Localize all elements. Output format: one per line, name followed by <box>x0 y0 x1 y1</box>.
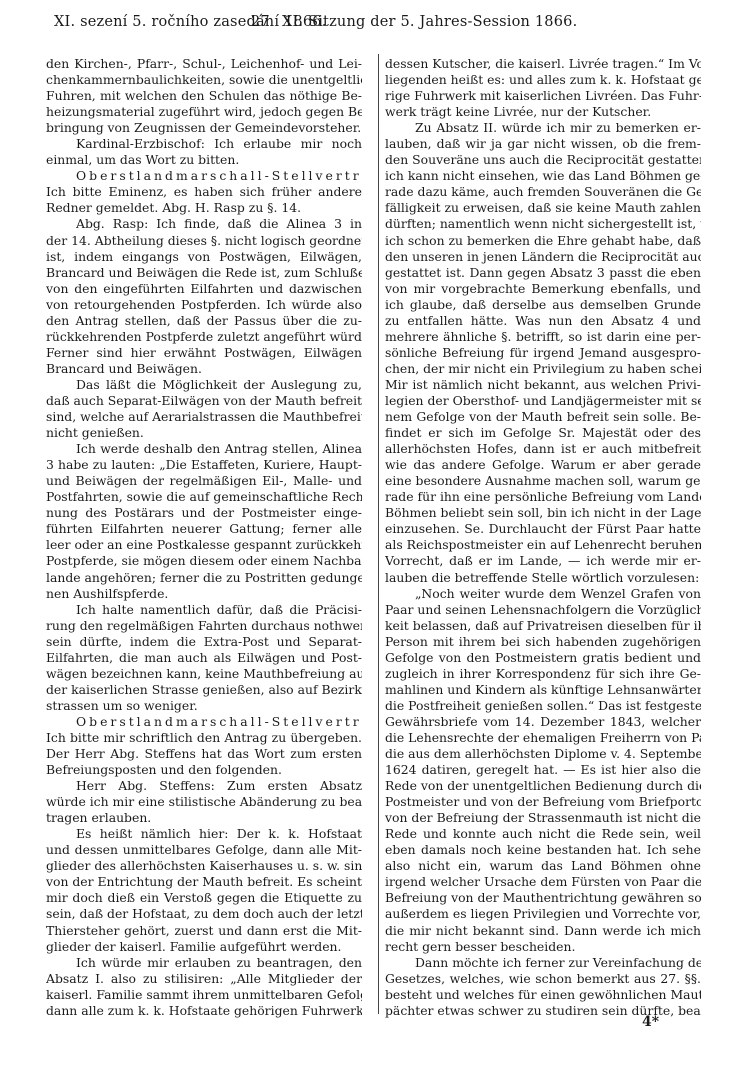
text-line: die Lehensrechte der ehemaligen Freiherr… <box>385 730 701 746</box>
text-line: Absatz I. also zu stilisiren: „Alle Mitg… <box>46 971 362 987</box>
text-line: Rede von der unentgeltlichen Bedienung d… <box>385 778 701 794</box>
text-line: führten Eilfahrten neuerer Gattung; fern… <box>46 521 362 537</box>
text-line: Oberstlandmarschall-Stellvertreter: <box>46 168 362 184</box>
text-line: kaiserl. Familie sammt ihrem unmittelbar… <box>46 987 362 1003</box>
text-line: chenkammernbaulichkeiten, sowie die unen… <box>46 72 362 88</box>
text-line: Gewährsbriefe vom 14. Dezember 1843, wel… <box>385 714 701 730</box>
text-line: eine besondere Ausnahme machen soll, war… <box>385 473 701 489</box>
text-line: der kaiserlichen Strasse genießen, also … <box>46 682 362 698</box>
text-line: den Kirchen-, Pfarr-, Schul-, Leichenhof… <box>46 56 362 72</box>
text-line: zugleich in ihrer Korrespondenz für sich… <box>385 666 701 682</box>
text-line: Oberstlandmarschall-Stellvertreter: <box>46 714 362 730</box>
text-line: allerhöchsten Hofes, dann ist er auch mi… <box>385 441 701 457</box>
text-line: Gesetzes, welches, wie schon bemerkt aus… <box>385 971 701 987</box>
text-line: chen, der mir nicht ein Privilegium zu h… <box>385 361 701 377</box>
text-line: Postpferde, sie mögen diesem oder einem … <box>46 553 362 569</box>
text-line: Es heißt nämlich hier: Der k. k. Hofstaa… <box>46 826 362 842</box>
text-line: wägen bezeichnen kann, keine Mauthbefrei… <box>46 666 362 682</box>
text-line: Zu Absatz II. würde ich mir zu bemerken … <box>385 120 701 136</box>
text-line: dann alle zum k. k. Hofstaate gehörigen … <box>46 1003 362 1019</box>
text-line: einmal, um das Wort zu bitten. <box>46 152 362 168</box>
text-line: rige Fuhrwerk mit kaiserlichen Livréen. … <box>385 88 701 104</box>
right-text-column: dessen Kutscher, die kaiserl. Livrée tra… <box>385 56 701 1019</box>
text-line: legien der Obersthof- und Landjägermeist… <box>385 393 701 409</box>
text-line: ich schon zu bemerken die Ehre gehabt ha… <box>385 233 701 249</box>
text-line: sein dürfte, indem die Extra-Post und Se… <box>46 634 362 650</box>
text-line: gestattet ist. Dann gegen Absatz 3 passt… <box>385 265 701 281</box>
column-divider <box>378 54 379 1014</box>
text-line: sönliche Befreiung für irgend Jemand aus… <box>385 345 701 361</box>
text-line: Ich werde deshalb den Antrag stellen, Al… <box>46 441 362 457</box>
text-line: Paar und seinen Lehensnachfolgern die Vo… <box>385 602 701 618</box>
text-line: und dessen unmittelbares Gefolge, dann a… <box>46 842 362 858</box>
text-line: ich glaube, daß derselbe aus demselben G… <box>385 297 701 313</box>
text-line: bringung von Zeugnissen der Gemeindevors… <box>46 120 362 136</box>
text-line: werk trägt keine Livrée, nur der Kutsche… <box>385 104 701 120</box>
text-line: wie das andere Gefolge. Warum er aber ge… <box>385 457 701 473</box>
text-line: mehrere ähnliche §. betrifft, so ist dar… <box>385 329 701 345</box>
text-line: daß auch Separat-Eilwägen von der Mauth … <box>46 393 362 409</box>
text-line: und Beiwägen der regelmäßigen Eil-, Mall… <box>46 473 362 489</box>
text-line: keit belassen, daß auf Privatreisen dies… <box>385 618 701 634</box>
text-line: nicht genießen. <box>46 425 362 441</box>
text-line: rade für ihn eine persönliche Befreiung … <box>385 489 701 505</box>
header-german-title: XI. Sitzung der 5. Jahres-Session 1866. <box>282 14 577 30</box>
text-line: nung des Postärars und der Postmeister e… <box>46 505 362 521</box>
text-line: liegenden heißt es: und alles zum k. k. … <box>385 72 701 88</box>
text-line: Fuhren, mit welchen den Schulen das nöth… <box>46 88 362 104</box>
text-line: Befreiung von der Mauthentrichtung gewäh… <box>385 890 701 906</box>
text-line: lauben, daß wir ja gar nicht wissen, ob … <box>385 136 701 152</box>
text-line: lande angehören; ferner die zu Postritte… <box>46 570 362 586</box>
text-line: nem Gefolge von der Mauth befreit sein s… <box>385 409 701 425</box>
text-line: Mir ist nämlich nicht bekannt, aus welch… <box>385 377 701 393</box>
text-line: rückkehrenden Postpferde zuletzt angefüh… <box>46 329 362 345</box>
text-line: Thiersteher gehört, zuerst und dann erst… <box>46 923 362 939</box>
page-header: XI. sezení 5. ročního zasedání 1866. 27 … <box>0 14 750 34</box>
text-line: sind, welche auf Aerarialstrassen die Ma… <box>46 409 362 425</box>
text-line: Abg. Rasp: Ich finde, daß die Alinea 3 i… <box>46 216 362 232</box>
text-line: lauben die betreffende Stelle wörtlich v… <box>385 570 701 586</box>
text-line: Brancard und Beiwägen. <box>46 361 362 377</box>
text-line: mir doch dieß ein Verstoß gegen die Etiq… <box>46 890 362 906</box>
text-line: von retourgehenden Postpferden. Ich würd… <box>46 297 362 313</box>
text-line: findet er sich im Gefolge Sr. Majestät o… <box>385 425 701 441</box>
text-line: Brancard und Beiwägen die Rede ist, zum … <box>46 265 362 281</box>
text-line: „Noch weiter wurde dem Wenzel Grafen von <box>385 586 701 602</box>
text-line: der 14. Abtheilung dieses §. nicht logis… <box>46 233 362 249</box>
text-line: Postmeister und von der Befreiung vom Br… <box>385 794 701 810</box>
text-line: irgend welcher Ursache dem Fürsten von P… <box>385 874 701 890</box>
text-line: besteht und welches für einen gewöhnlich… <box>385 987 701 1003</box>
text-line: mahlinen und Kindern als künftige Lehnsa… <box>385 682 701 698</box>
text-line: leer oder an eine Postkalesse gespannt z… <box>46 537 362 553</box>
text-line: von der Entrichtung der Mauth befreit. E… <box>46 874 362 890</box>
text-line: Das läßt die Möglichkeit der Auslegung z… <box>46 377 362 393</box>
text-line: Vorrecht, daß er im Lande, — ich werde m… <box>385 553 701 569</box>
text-line: die Postfreiheit genießen sollen.“ Das i… <box>385 698 701 714</box>
printer-signature-mark: 4* <box>642 1014 659 1030</box>
text-line: Gefolge von den Postmeistern gratis bedi… <box>385 650 701 666</box>
text-line: würde ich mir eine stilistische Abänderu… <box>46 794 362 810</box>
text-line: 1624 datiren, geregelt hat. — Es ist hie… <box>385 762 701 778</box>
text-line: Befreiungsposten und den folgenden. <box>46 762 362 778</box>
text-line: die aus dem allerhöchsten Diplome v. 4. … <box>385 746 701 762</box>
text-line: den Antrag stellen, daß der Passus über … <box>46 313 362 329</box>
text-line: 3 habe zu lauten: „Die Estaffeten, Kurie… <box>46 457 362 473</box>
text-line: von mir vorgebrachte Bemerkung ebenfalls… <box>385 281 701 297</box>
text-line: den Souveräne uns auch die Reciprocität … <box>385 152 701 168</box>
text-line: glieder des allerhöchsten Kaiserhauses u… <box>46 858 362 874</box>
text-line: zu entfallen hätte. Was nun den Absatz 4… <box>385 313 701 329</box>
text-line: tragen erlauben. <box>46 810 362 826</box>
text-line: ich kann nicht einsehen, wie das Land Bö… <box>385 168 701 184</box>
text-line: Der Herr Abg. Steffens hat das Wort zum … <box>46 746 362 762</box>
text-line: heizungsmaterial zugeführt wird, jedoch … <box>46 104 362 120</box>
text-line: Eilfahrten, die man auch als Eilwägen un… <box>46 650 362 666</box>
text-line: Ich würde mir erlauben zu beantragen, de… <box>46 955 362 971</box>
page-number: 27 <box>251 14 270 30</box>
text-line: Kardinal-Erzbischof: Ich erlaube mir noc… <box>46 136 362 152</box>
text-line: einzusehen. Se. Durchlaucht der Fürst Pa… <box>385 521 701 537</box>
text-line: Herr Abg. Steffens: Zum ersten Absatz <box>46 778 362 794</box>
text-line: Ich halte namentlich dafür, daß die Präc… <box>46 602 362 618</box>
text-line: Person mit ihrem bei sich habenden zugeh… <box>385 634 701 650</box>
text-line: eben damals noch keine bestanden hat. Ic… <box>385 842 701 858</box>
text-line: dürften; namentlich wenn nicht sicherges… <box>385 216 701 232</box>
text-line: rung den regelmäßigen Fahrten durchaus n… <box>46 618 362 634</box>
text-line: Redner gemeldet. Abg. H. Rasp zu §. 14. <box>46 200 362 216</box>
text-line: Böhmen beliebt sein soll, bin ich nicht … <box>385 505 701 521</box>
text-line: die mir nicht bekannt sind. Dann werde i… <box>385 923 701 939</box>
text-line: nen Aushilfspferde. <box>46 586 362 602</box>
text-line: von den eingeführten Eilfahrten und dazw… <box>46 281 362 297</box>
text-line: den unseren in jenen Ländern die Recipro… <box>385 249 701 265</box>
left-text-column: den Kirchen-, Pfarr-, Schul-, Leichenhof… <box>46 56 362 1019</box>
text-line: Postfahrten, sowie die auf gemeinschaftl… <box>46 489 362 505</box>
text-line: Dann möchte ich ferner zur Vereinfachung… <box>385 955 701 971</box>
text-line: fälligkeit zu erweisen, daß sie keine Ma… <box>385 200 701 216</box>
text-line: also nicht ein, warum das Land Böhmen oh… <box>385 858 701 874</box>
text-line: rade dazu käme, auch fremden Souveränen … <box>385 184 701 200</box>
text-line: glieder der kaiserl. Familie aufgeführt … <box>46 939 362 955</box>
text-line: Ich bitte Eminenz, es haben sich früher … <box>46 184 362 200</box>
text-line: Rede und konnte auch nicht die Rede sein… <box>385 826 701 842</box>
text-line: recht gern besser bescheiden. <box>385 939 701 955</box>
text-line: ist, indem eingangs von Postwägen, Eilwä… <box>46 249 362 265</box>
text-line: sein, daß der Hofstaat, zu dem doch auch… <box>46 906 362 922</box>
text-line: als Reichspostmeister ein auf Lehenrecht… <box>385 537 701 553</box>
text-line: strassen um so weniger. <box>46 698 362 714</box>
text-line: Ich bitte mir schriftlich den Antrag zu … <box>46 730 362 746</box>
text-line: außerdem es liegen Privilegien und Vorre… <box>385 906 701 922</box>
text-line: dessen Kutscher, die kaiserl. Livrée tra… <box>385 56 701 72</box>
text-line: Ferner sind hier erwähnt Postwägen, Eilw… <box>46 345 362 361</box>
text-line: von der Befreiung der Strassenmauth ist … <box>385 810 701 826</box>
